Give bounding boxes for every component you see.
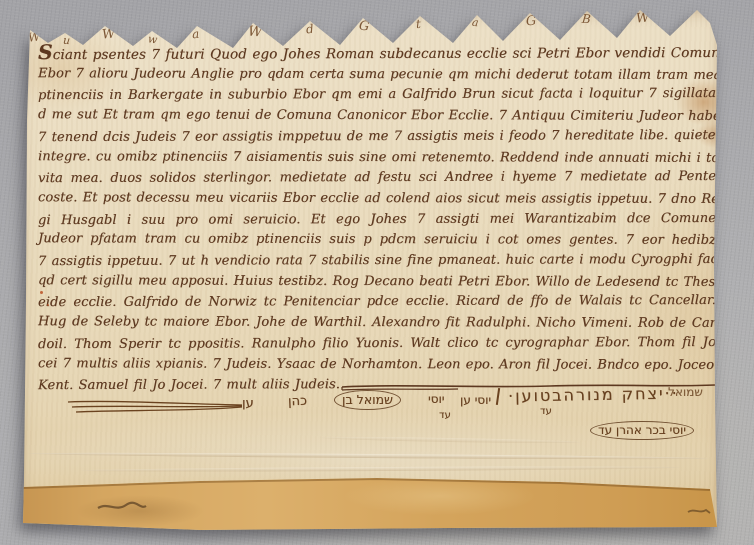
hebrew-signature: יוסי [428,392,444,406]
chirograph-cut-letter: a [191,27,200,42]
latin-line: Sciant psentes 7 futuri Quod ego Johes R… [38,43,716,66]
latin-line: cei 7 multis aliis xpianis. 7 Judeis. Ys… [38,354,716,376]
chirograph-cut-letter: W [101,26,116,42]
latin-text-block: Sciant psentes 7 futuri Quod ego Johes R… [38,44,716,396]
chirograph-cut-letter: t [416,17,422,31]
latin-line: qd cert sigillu meu apposui. Huius testi… [38,271,716,293]
parchment-shadow: W u W w a W d G t a G B W Sciant psentes… [0,0,754,545]
chirograph-cut-letter: G [525,13,537,29]
hebrew-signature-cartouche: יוסי בכר אהרן עד [590,421,694,440]
parchment-fold-strip [20,476,720,534]
chirograph-cut-letter: W [247,24,262,41]
latin-line: Judeor pfatam tram cu omibz ptinenciis s… [38,229,716,251]
latin-line: eide ecclie. Galfrido de Norwiz tc Penit… [38,291,716,314]
fold-crease-line [20,476,720,534]
latin-line: gi Husgabl i suu pro omi seruicio. Et eg… [38,209,716,232]
parchment-crease [320,436,580,445]
hebrew-signature: יוסי ען [460,393,491,407]
wax-fleck [47,304,49,306]
chirograph-cut-letter: d [305,22,314,37]
latin-line: doil. Thom Sperir tc ppositis. Ranulpho … [38,333,716,356]
latin-line: d me sut Et tram qm ego tenui de Comuna … [38,105,716,127]
latin-line: Hug de Seleby tc maiore Ebor. Johe de Wa… [38,312,716,334]
manuscript-photograph: W u W w a W d G t a G B W Sciant psentes… [0,0,754,545]
hebrew-signature: כהן [288,394,307,410]
parchment-crease [28,452,708,461]
latin-line: 7 tenend dcis Judeis 7 eor assigtis impp… [38,126,716,149]
hebrew-signature: ען [242,396,254,411]
parchment-charter: W u W w a W d G t a G B W Sciant psentes… [20,8,720,534]
signature-flourish-squiggle [66,398,246,418]
hebrew-witness-mark: עד [540,406,552,417]
hebrew-signature: ··יצחק מנורהבטוען· [508,384,679,406]
parchment-crease [80,465,680,472]
chirograph-cut-letter: B [581,12,591,27]
chirograph-cut-letter: G [358,18,370,34]
chirograph-cut-letter: a [471,16,479,30]
latin-line: 7 assigtis ippetuu. 7 ut h vendicio rata… [38,250,716,273]
chirograph-cut-letter: W [635,10,650,26]
hebrew-witness-mark: עד [439,410,451,421]
latin-line: ptinenciis in Barkergate in suburbio Ebo… [38,84,716,107]
latin-line: Ebor 7 alioru Judeoru Anglie pro qdam ce… [38,64,716,86]
hebrew-signature: שמואל [668,385,703,399]
latin-line: coste. Et post decessu meu vicariis Ebor… [38,188,716,210]
hebrew-signature-cartouche: שמואל בן [334,390,401,410]
latin-line: vita mea. duos solidos sterlingor. medie… [38,167,716,190]
latin-line: integre. cu omibz ptinenciis 7 aisiament… [38,147,716,169]
wax-fleck [40,291,43,294]
